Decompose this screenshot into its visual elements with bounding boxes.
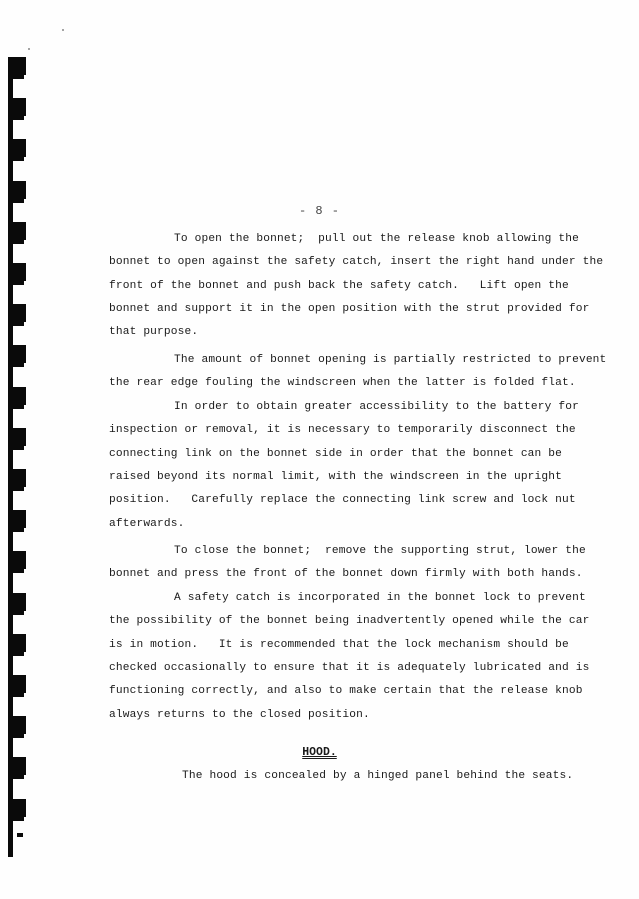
- section-heading: HOOD.: [0, 746, 639, 759]
- binding-tooth: [8, 181, 24, 203]
- paragraph-line: In order to obtain greater accessibility…: [174, 400, 579, 414]
- page-number: - 8 -: [0, 204, 639, 218]
- binding-tooth: [8, 634, 24, 656]
- paragraph-line: the rear edge fouling the windscreen whe…: [109, 376, 576, 390]
- binding-tooth: [8, 263, 24, 285]
- paragraph-line: A safety catch is incorporated in the bo…: [174, 591, 586, 605]
- paragraph-line: afterwards.: [109, 517, 185, 531]
- binding-tooth: [8, 716, 24, 738]
- paragraph-line: checked occasionally to ensure that it i…: [109, 661, 589, 675]
- paragraph-line: inspection or removal, it is necessary t…: [109, 423, 576, 437]
- binding-tooth: [8, 139, 24, 161]
- paragraph-line: position. Carefully replace the connecti…: [109, 493, 576, 507]
- binding-tooth: [8, 510, 24, 532]
- binding-end-mark: [17, 833, 23, 837]
- paragraph-line: the possibility of the bonnet being inad…: [109, 614, 589, 628]
- binding-tooth: [8, 428, 24, 450]
- paragraph-line: bonnet and support it in the open positi…: [109, 302, 589, 316]
- paragraph-line: To close the bonnet; remove the supporti…: [174, 544, 586, 558]
- scan-speck: [62, 29, 64, 31]
- comb-binding: [0, 0, 40, 899]
- paragraph-line: is in motion. It is recommended that the…: [109, 638, 569, 652]
- document-page: - 8 - To open the bonnet; pull out the r…: [0, 0, 639, 899]
- scan-speck: [28, 48, 30, 50]
- binding-tooth: [8, 799, 24, 821]
- paragraph-line: functioning correctly, and also to make …: [109, 684, 583, 698]
- paragraph-line: bonnet and press the front of the bonnet…: [109, 567, 583, 581]
- section-paragraph: The hood is concealed by a hinged panel …: [182, 769, 573, 783]
- binding-tooth: [8, 304, 24, 326]
- binding-tooth: [8, 757, 24, 779]
- binding-tooth: [8, 57, 24, 79]
- binding-tooth: [8, 387, 24, 409]
- paragraph-line: connecting link on the bonnet side in or…: [109, 447, 562, 461]
- paragraph-line: bonnet to open against the safety catch,…: [109, 255, 603, 269]
- binding-tooth: [8, 551, 24, 573]
- binding-tooth: [8, 469, 24, 491]
- paragraph-line: To open the bonnet; pull out the release…: [174, 232, 579, 246]
- paragraph-line: The amount of bonnet opening is partiall…: [174, 353, 606, 367]
- paragraph-line: that purpose.: [109, 325, 198, 339]
- binding-tooth: [8, 98, 24, 120]
- paragraph-line: always returns to the closed position.: [109, 708, 370, 722]
- section-heading-text: HOOD.: [302, 746, 337, 759]
- binding-tooth: [8, 593, 24, 615]
- paragraph-line: raised beyond its normal limit, with the…: [109, 470, 562, 484]
- binding-tooth: [8, 675, 24, 697]
- paragraph-line: front of the bonnet and push back the sa…: [109, 279, 569, 293]
- binding-tooth: [8, 345, 24, 367]
- binding-tooth: [8, 222, 24, 244]
